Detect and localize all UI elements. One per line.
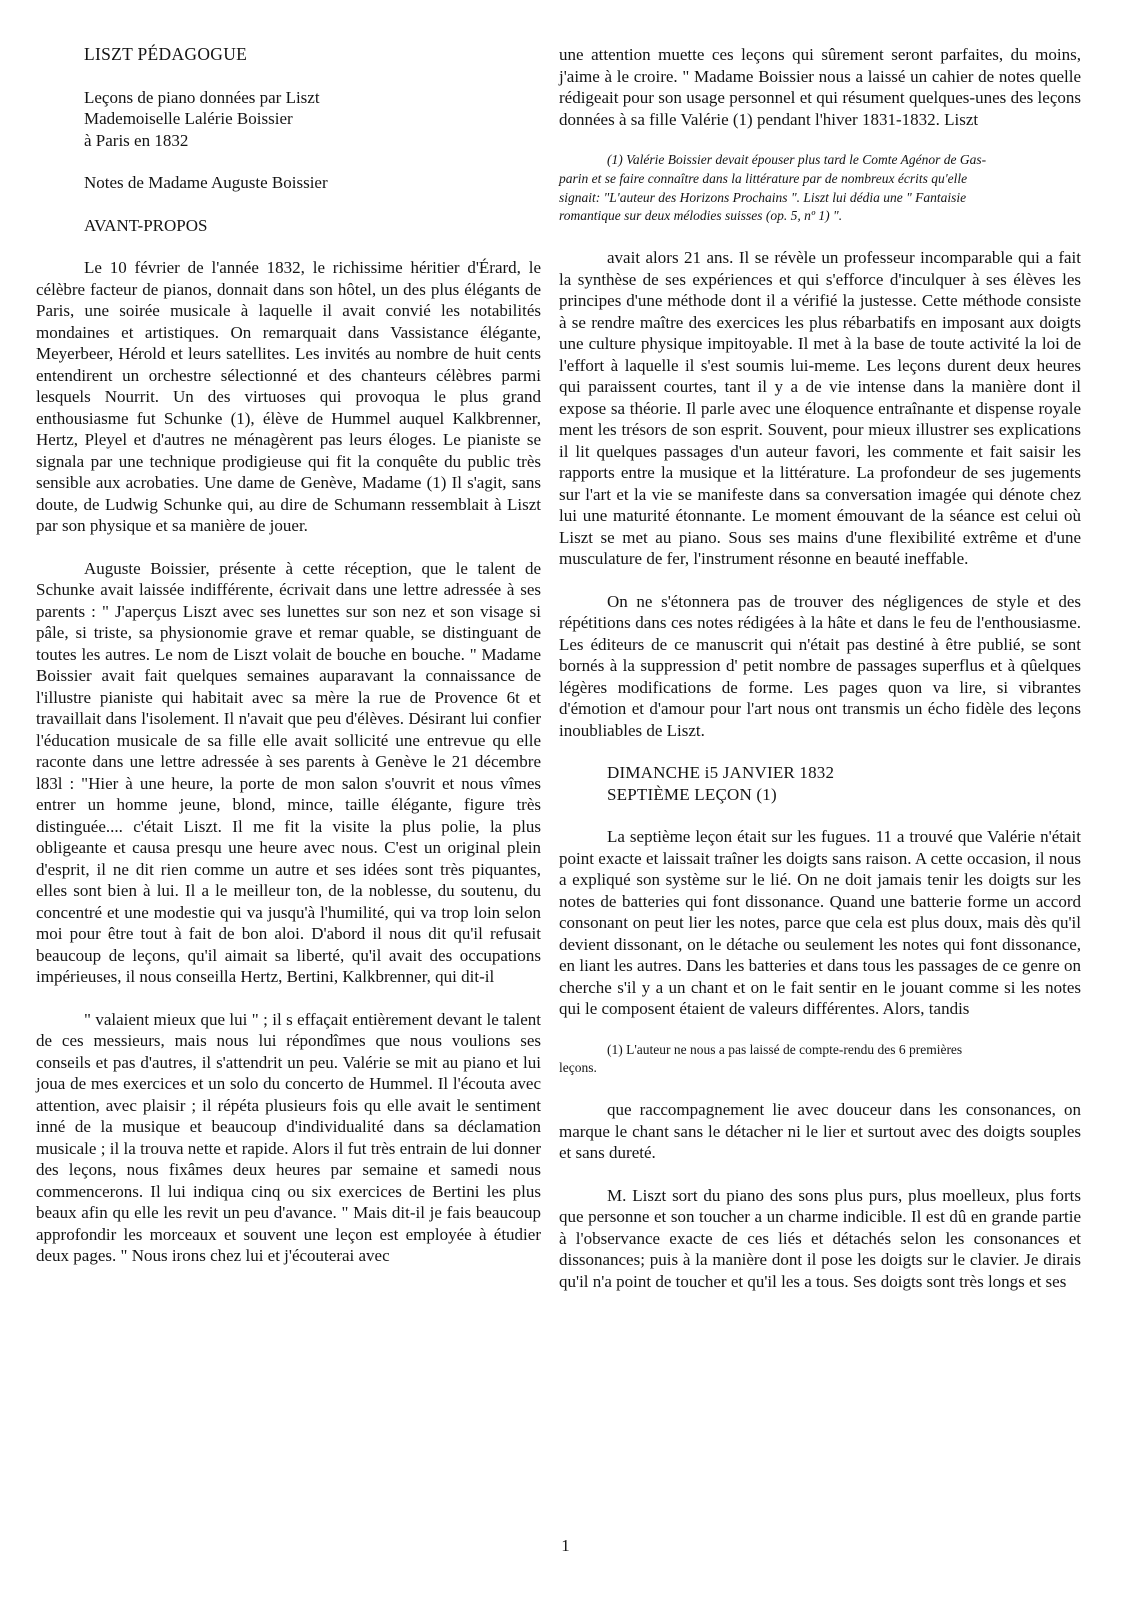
section-heading-avant-propos: AVANT-PROPOS [84,215,541,237]
footnote-compte-rendu: (1) L'auteur ne nous a pas laissé de com… [559,1041,1081,1079]
paragraph-right-m-liszt: M. Liszt sort du piano des sons plus pur… [559,1185,1081,1293]
page-number: 1 [0,1536,1131,1556]
paragraph-right-avait-alors: avait alors 21 ans. Il se révèle un prof… [559,247,1081,570]
left-column: LISZT PÉDAGOGUE Leçons de piano données … [36,44,541,1292]
document-page: LISZT PÉDAGOGUE Leçons de piano données … [0,0,1131,1600]
paragraph-left-1: Le 10 février de l'année 1832, le richis… [36,257,541,537]
paragraph-right-septieme-lecon: La septième leçon était sur les fugues. … [559,826,1081,1020]
right-column: une attention muette ces leçons qui sûre… [559,44,1081,1292]
paragraph-right-on-ne-setonnera: On ne s'étonnera pas de trouver des négl… [559,591,1081,742]
paragraph-left-3: " valaient mieux que lui " ; il s effaça… [36,1009,541,1267]
paragraph-left-2: Auguste Boissier, présente à cette récep… [36,558,541,988]
paragraph-right-que-raccompagnement: que raccompagnement lie avec douceur dan… [559,1099,1081,1164]
paragraph-right-continuation: une attention muette ces leçons qui sûre… [559,44,1081,130]
two-column-layout: LISZT PÉDAGOGUE Leçons de piano données … [0,0,1131,1292]
document-title: LISZT PÉDAGOGUE [84,44,541,66]
footnote-valerie-boissier: (1) Valérie Boissier devait épouser plus… [559,151,1081,226]
subtitle-block: Leçons de piano données par Liszt Mademo… [84,87,541,152]
lesson-heading-dimanche-15-janvier: DIMANCHE i5 JANVIER 1832 SEPTIÈME LEÇON … [607,762,1081,805]
author-note: Notes de Madame Auguste Boissier [84,172,541,194]
